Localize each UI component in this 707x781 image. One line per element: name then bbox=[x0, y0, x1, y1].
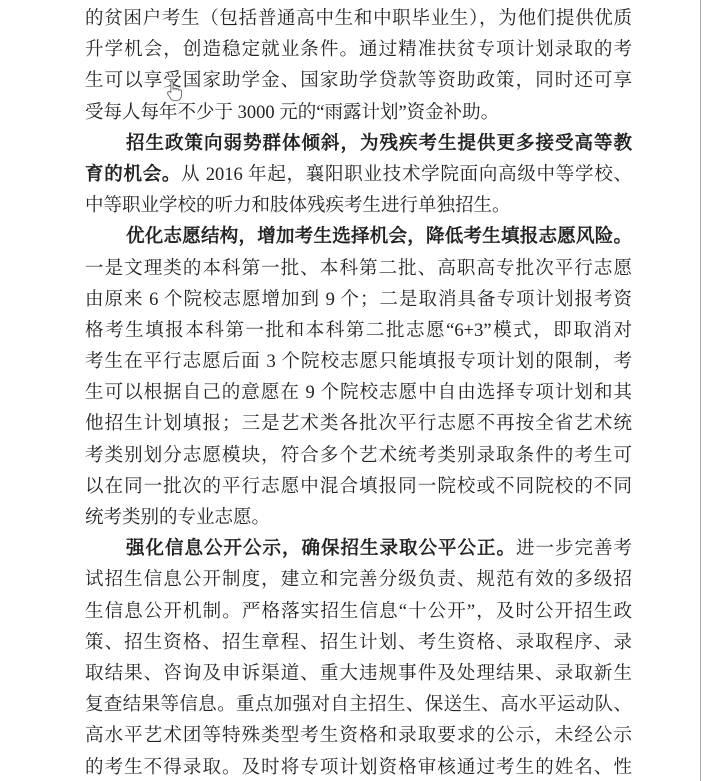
text-line: 由原来 6 个院校志愿增加到 9 个；二是取消具备专项计划报考资 bbox=[85, 285, 632, 316]
text-segment: 生信息公开机制。严格落实招生信息“十公开”，及时公开招生政 bbox=[85, 602, 632, 622]
document-text: 的贫困户考生（包括普通高中生和中职毕业生），为他们提供优质升学机会，创造稳定就业… bbox=[85, 4, 632, 781]
text-segment: 生可以享受国家助学金、国家助学贷款等资助政策，同时还可享 bbox=[85, 71, 632, 91]
text-line: 的贫困户考生（包括普通高中生和中职毕业生），为他们提供优质 bbox=[85, 4, 632, 35]
text-segment: 试招生信息公开制度，建立和完善分级负责、规范有效的多级招 bbox=[85, 570, 632, 590]
text-line: 中等职业学校的听力和肢体残疾考生进行单独招生。 bbox=[85, 191, 632, 222]
text-line: 的考生不得录取。及时将专项计划资格审核通过考生的姓名、性 bbox=[85, 753, 632, 781]
text-segment: 升学机会，创造稳定就业条件。通过精准扶贫专项计划录取的考 bbox=[85, 40, 632, 60]
text-line: 格考生填报本科第一批和本科第二批志愿“6+3”模式，即取消对 bbox=[85, 316, 632, 347]
text-segment: 由原来 6 个院校志愿增加到 9 个；二是取消具备专项计划报考资 bbox=[85, 290, 632, 310]
text-segment: 考类别划分志愿模块，符合多个艺术统考类别录取条件的考生可 bbox=[85, 446, 632, 466]
text-segment: 优化志愿结构，增加考生选择机会，降低考生填报志愿风险。 bbox=[126, 227, 632, 247]
scanned-document-page: 的贫困户考生（包括普通高中生和中职毕业生），为他们提供优质升学机会，创造稳定就业… bbox=[0, 0, 707, 781]
text-line: 他招生计划填报；三是艺术类各批次平行志愿不再按全省艺术统 bbox=[85, 409, 632, 440]
text-segment: 一是文理类的本科第一批、本科第二批、高职高专批次平行志愿 bbox=[85, 259, 632, 279]
text-line: 考生在平行志愿后面 3 个院校志愿只能填报专项计划的限制，考 bbox=[85, 347, 632, 378]
text-segment: 他招生计划填报；三是艺术类各批次平行志愿不再按全省艺术统 bbox=[85, 414, 632, 434]
text-segment: 统考类别的专业志愿。 bbox=[85, 508, 270, 528]
text-line: 育的机会。从 2016 年起，襄阳职业技术学院面向高级中等学校、 bbox=[85, 160, 632, 191]
text-segment: 中等职业学校的听力和肢体残疾考生进行单独招生。 bbox=[85, 196, 511, 216]
text-segment: 育的机会。 bbox=[85, 165, 181, 185]
text-line: 生可以享受国家助学金、国家助学贷款等资助政策，同时还可享 bbox=[85, 66, 632, 97]
text-line: 强化信息公开公示，确保招生录取公平公正。进一步完善考 bbox=[85, 534, 632, 565]
text-segment: 受每人每年不少于 3000 元的“雨露计划”资金补助。 bbox=[85, 103, 499, 123]
text-line: 取结果、咨询及申诉渠道、重大违规事件及处理结果、录取新生 bbox=[85, 659, 632, 690]
text-segment: 复查结果等信息。重点加强对自主招生、保送生、高水平运动队、 bbox=[85, 695, 632, 715]
text-segment: 的贫困户考生（包括普通高中生和中职毕业生），为他们提供优质 bbox=[85, 9, 632, 29]
text-segment: 高水平艺术团等特殊类型考生资格和录取要求的公示，未经公示 bbox=[85, 726, 632, 746]
text-line: 高水平艺术团等特殊类型考生资格和录取要求的公示，未经公示 bbox=[85, 721, 632, 752]
text-line: 生信息公开机制。严格落实招生信息“十公开”，及时公开招生政 bbox=[85, 597, 632, 628]
text-segment: 考生在平行志愿后面 3 个院校志愿只能填报专项计划的限制，考 bbox=[85, 352, 632, 372]
text-line: 升学机会，创造稳定就业条件。通过精准扶贫专项计划录取的考 bbox=[85, 35, 632, 66]
text-line: 以在同一批次的平行志愿中混合填报同一院校或不同院校的不同 bbox=[85, 472, 632, 503]
text-line: 试招生信息公开制度，建立和完善分级负责、规范有效的多级招 bbox=[85, 565, 632, 596]
text-segment: 格考生填报本科第一批和本科第二批志愿“6+3”模式，即取消对 bbox=[85, 321, 632, 341]
text-line: 复查结果等信息。重点加强对自主招生、保送生、高水平运动队、 bbox=[85, 690, 632, 721]
page-edge-divider bbox=[700, 0, 701, 781]
text-line: 策、招生资格、招生章程、招生计划、考生资格、录取程序、录 bbox=[85, 628, 632, 659]
text-line: 考类别划分志愿模块，符合多个艺术统考类别录取条件的考生可 bbox=[85, 441, 632, 472]
text-segment: 取结果、咨询及申诉渠道、重大违规事件及处理结果、录取新生 bbox=[85, 664, 632, 684]
text-line: 生可以根据自己的意愿在 9 个院校志愿中自由选择专项计划和其 bbox=[85, 378, 632, 409]
text-line: 受每人每年不少于 3000 元的“雨露计划”资金补助。 bbox=[85, 98, 632, 129]
text-line: 优化志愿结构，增加考生选择机会，降低考生填报志愿风险。 bbox=[85, 222, 632, 253]
text-segment: 的考生不得录取。及时将专项计划资格审核通过考生的姓名、性 bbox=[85, 758, 632, 778]
text-line: 招生政策向弱势群体倾斜，为残疾考生提供更多接受高等教 bbox=[85, 129, 632, 160]
text-line: 统考类别的专业志愿。 bbox=[85, 503, 632, 534]
text-segment: 以在同一批次的平行志愿中混合填报同一院校或不同院校的不同 bbox=[85, 477, 632, 497]
text-segment: 招生政策向弱势群体倾斜，为残疾考生提供更多接受高等教 bbox=[126, 134, 632, 154]
text-segment: 从 2016 年起，襄阳职业技术学院面向高级中等学校、 bbox=[181, 165, 632, 185]
text-segment: 进一步完善考 bbox=[516, 539, 632, 559]
text-segment: 策、招生资格、招生章程、招生计划、考生资格、录取程序、录 bbox=[85, 633, 632, 653]
text-segment: 强化信息公开公示，确保招生录取公平公正。 bbox=[126, 539, 516, 559]
text-line: 一是文理类的本科第一批、本科第二批、高职高专批次平行志愿 bbox=[85, 254, 632, 285]
text-segment: 生可以根据自己的意愿在 9 个院校志愿中自由选择专项计划和其 bbox=[85, 383, 632, 403]
